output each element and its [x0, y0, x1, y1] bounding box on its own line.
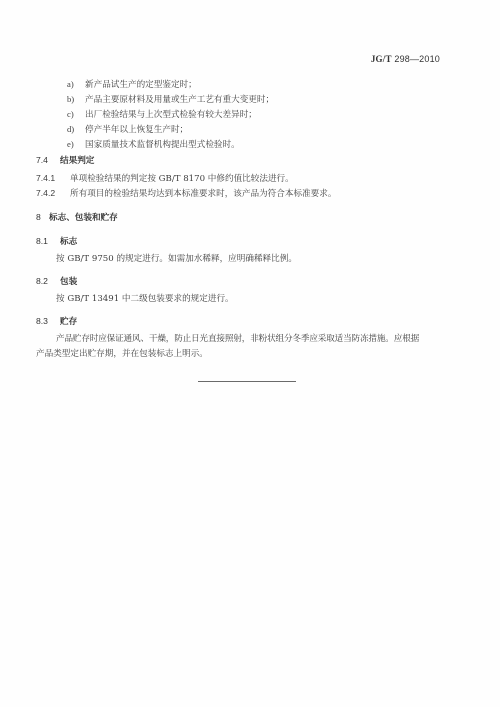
section-title: 包装 [60, 277, 77, 287]
paragraph-8-3-line2: 产品类型定出贮存期，并在包装标志上明示。 [36, 349, 208, 360]
section-heading-8-3: 8.3贮存 [36, 316, 77, 328]
paragraph-8-2: 按 GB/T 13491 中二级包装要求的规定进行。 [56, 294, 234, 305]
section-title: 标志、包装和贮存 [49, 213, 118, 223]
list-item: d)停产半年以上恢复生产时； [67, 124, 188, 136]
standard-code-header: JG/T 298—2010 [371, 54, 440, 64]
standard-prefix: JG/T [371, 54, 392, 64]
list-item: c)出厂检验结果与上次型式检验有较大差异时； [67, 109, 257, 121]
list-text: 产品主要原材料及用量或生产工艺有重大变更时； [85, 95, 274, 105]
list-text: 出厂检验结果与上次型式检验有较大差异时； [85, 110, 257, 120]
document-page: JG/T 298—2010 a)新产品试生产的定型鉴定时； b)产品主要原材料及… [0, 0, 500, 707]
list-text: 新产品试生产的定型鉴定时； [85, 80, 197, 90]
standard-number: 298—2010 [394, 54, 440, 64]
section-number: 7.4 [36, 155, 60, 166]
end-separator-line [198, 381, 296, 382]
list-marker: c) [67, 109, 85, 120]
section-heading-8: 8标志、包装和贮存 [36, 212, 118, 224]
section-number: 8.2 [36, 276, 60, 287]
paragraph-8-3-line1: 产品贮存时应保证通风、干燥，防止日光直接照射，非粉状组分冬季应采取适当防冻措施。… [56, 334, 419, 345]
section-number: 8.3 [36, 316, 60, 327]
clause-7-4-1: 7.4.1单项检验结果的判定按 GB/T 8170 中修约值比较法进行。 [36, 173, 294, 185]
list-item: a)新产品试生产的定型鉴定时； [67, 79, 197, 91]
section-number: 8.1 [36, 236, 60, 247]
clause-7-4-2: 7.4.2所有项目的检验结果均达到本标准要求时，该产品为符合本标准要求。 [36, 188, 336, 200]
list-marker: d) [67, 124, 85, 135]
section-heading-8-1: 8.1标志 [36, 236, 77, 248]
clause-number: 7.4.2 [36, 188, 70, 199]
section-heading-8-2: 8.2包装 [36, 276, 77, 288]
paragraph-8-1: 按 GB/T 9750 的规定进行。如需加水稀释，应明确稀释比例。 [56, 254, 297, 265]
clause-text: 单项检验结果的判定按 GB/T 8170 中修约值比较法进行。 [70, 174, 294, 184]
section-heading-7-4: 7.4结果判定 [36, 155, 94, 167]
list-marker: b) [67, 94, 85, 105]
list-item: b)产品主要原材料及用量或生产工艺有重大变更时； [67, 94, 274, 106]
section-title: 结果判定 [60, 156, 94, 166]
section-title: 贮存 [60, 317, 77, 327]
list-marker: a) [67, 79, 85, 90]
clause-text: 所有项目的检验结果均达到本标准要求时，该产品为符合本标准要求。 [70, 189, 336, 199]
clause-number: 7.4.1 [36, 173, 70, 184]
section-title: 标志 [60, 237, 77, 247]
list-item: e)国家质量技术监督机构提出型式检验时。 [67, 139, 240, 151]
list-text: 国家质量技术监督机构提出型式检验时。 [85, 140, 240, 150]
list-text: 停产半年以上恢复生产时； [85, 125, 188, 135]
list-marker: e) [67, 139, 85, 150]
section-number: 8 [36, 212, 49, 223]
